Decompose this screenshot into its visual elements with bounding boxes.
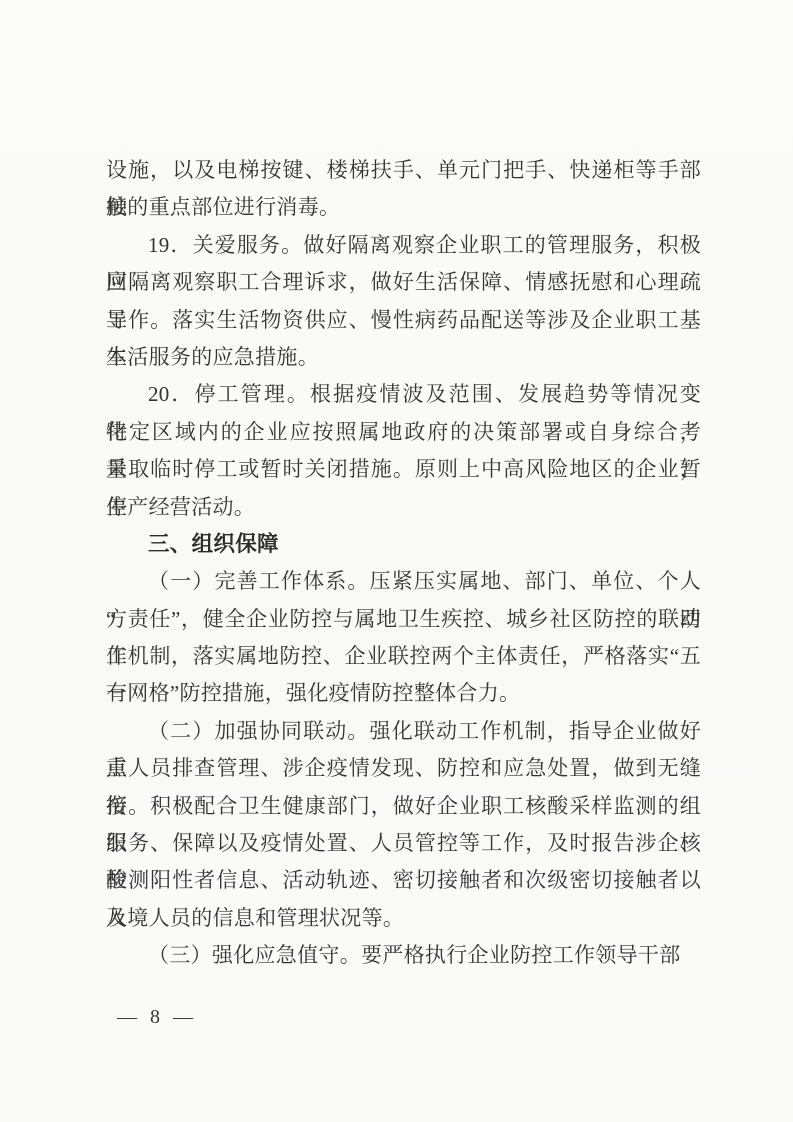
text-line: 采取临时停工或暂时关闭措施。原则上中高风险地区的企业暂停: [106, 451, 701, 488]
text-line: （三）强化应急值守。要严格执行企业防控工作领导干部: [106, 937, 701, 974]
text-line: 19．关爱服务。做好隔离观察企业职工的管理服务，积极回: [106, 227, 701, 264]
text-line: 工作。落实生活物资供应、慢性病药品配送等涉及企业职工基本: [106, 302, 701, 339]
section-heading: 三、组织保障: [106, 526, 701, 563]
item-19-title: 19．关爱服务。: [148, 233, 303, 257]
text-line: （一）完善工作体系。压紧压实属地、部门、单位、个人“四: [106, 563, 701, 600]
sub-item-2-title: （二）加强协同联动。: [148, 719, 370, 743]
sub-item-1-title: （一）完善工作体系。: [148, 569, 370, 593]
text-line: 特定区域内的企业应按照属地政府的决策部署或自身综合考量，: [106, 414, 701, 451]
text-line: （二）加强协同联动。强化联动工作机制，指导企业做好重: [106, 713, 701, 750]
text-line: 方责任”，健全企业防控与属地卫生疾控、城乡社区防控的联动工: [106, 601, 701, 638]
text-line: 检测阳性者信息、活动轨迹、密切接触者和次级密切接触者以及: [106, 862, 701, 899]
text-line: 生产经营活动。: [106, 489, 701, 526]
text-line: 应隔离观察职工合理诉求，做好生活保障、情感抚慰和心理疏导: [106, 264, 701, 301]
text-line: 作机制，落实属地防控、企业联控两个主体责任，严格落实“五有: [106, 638, 701, 675]
text-line: 接。积极配合卫生健康部门，做好企业职工核酸采样监测的组织、: [106, 788, 701, 825]
document-body: 设施，以及电梯按键、楼梯扶手、单元门把手、快递柜等手部接 触的重点部位进行消毒。…: [106, 152, 701, 975]
page-number: — 8 —: [117, 1002, 197, 1032]
text-line: 20．停工管理。根据疫情波及范围、发展趋势等情况变化，: [106, 376, 701, 413]
text-line: 设施，以及电梯按键、楼梯扶手、单元门把手、快递柜等手部接: [106, 152, 701, 189]
scanned-document-page: 设施，以及电梯按键、楼梯扶手、单元门把手、快递柜等手部接 触的重点部位进行消毒。…: [0, 0, 793, 1122]
text-line: 服务、保障以及疫情处置、人员管控等工作，及时报告涉企核酸: [106, 825, 701, 862]
text-line: 触的重点部位进行消毒。: [106, 189, 701, 226]
text-line: 点人员排查管理、涉企疫情发现、防控和应急处置，做到无缝衔: [106, 750, 701, 787]
text-line: 一网格”防控措施，强化疫情防控整体合力。: [106, 675, 701, 712]
text-segment: 要严格执行企业防控工作领导干部: [361, 943, 681, 967]
text-line: 入境人员的信息和管理状况等。: [106, 900, 701, 937]
text-line: 生活服务的应急措施。: [106, 339, 701, 376]
sub-item-3-title: （三）强化应急值守。: [148, 943, 361, 967]
item-20-title: 20．停工管理。: [148, 382, 310, 406]
